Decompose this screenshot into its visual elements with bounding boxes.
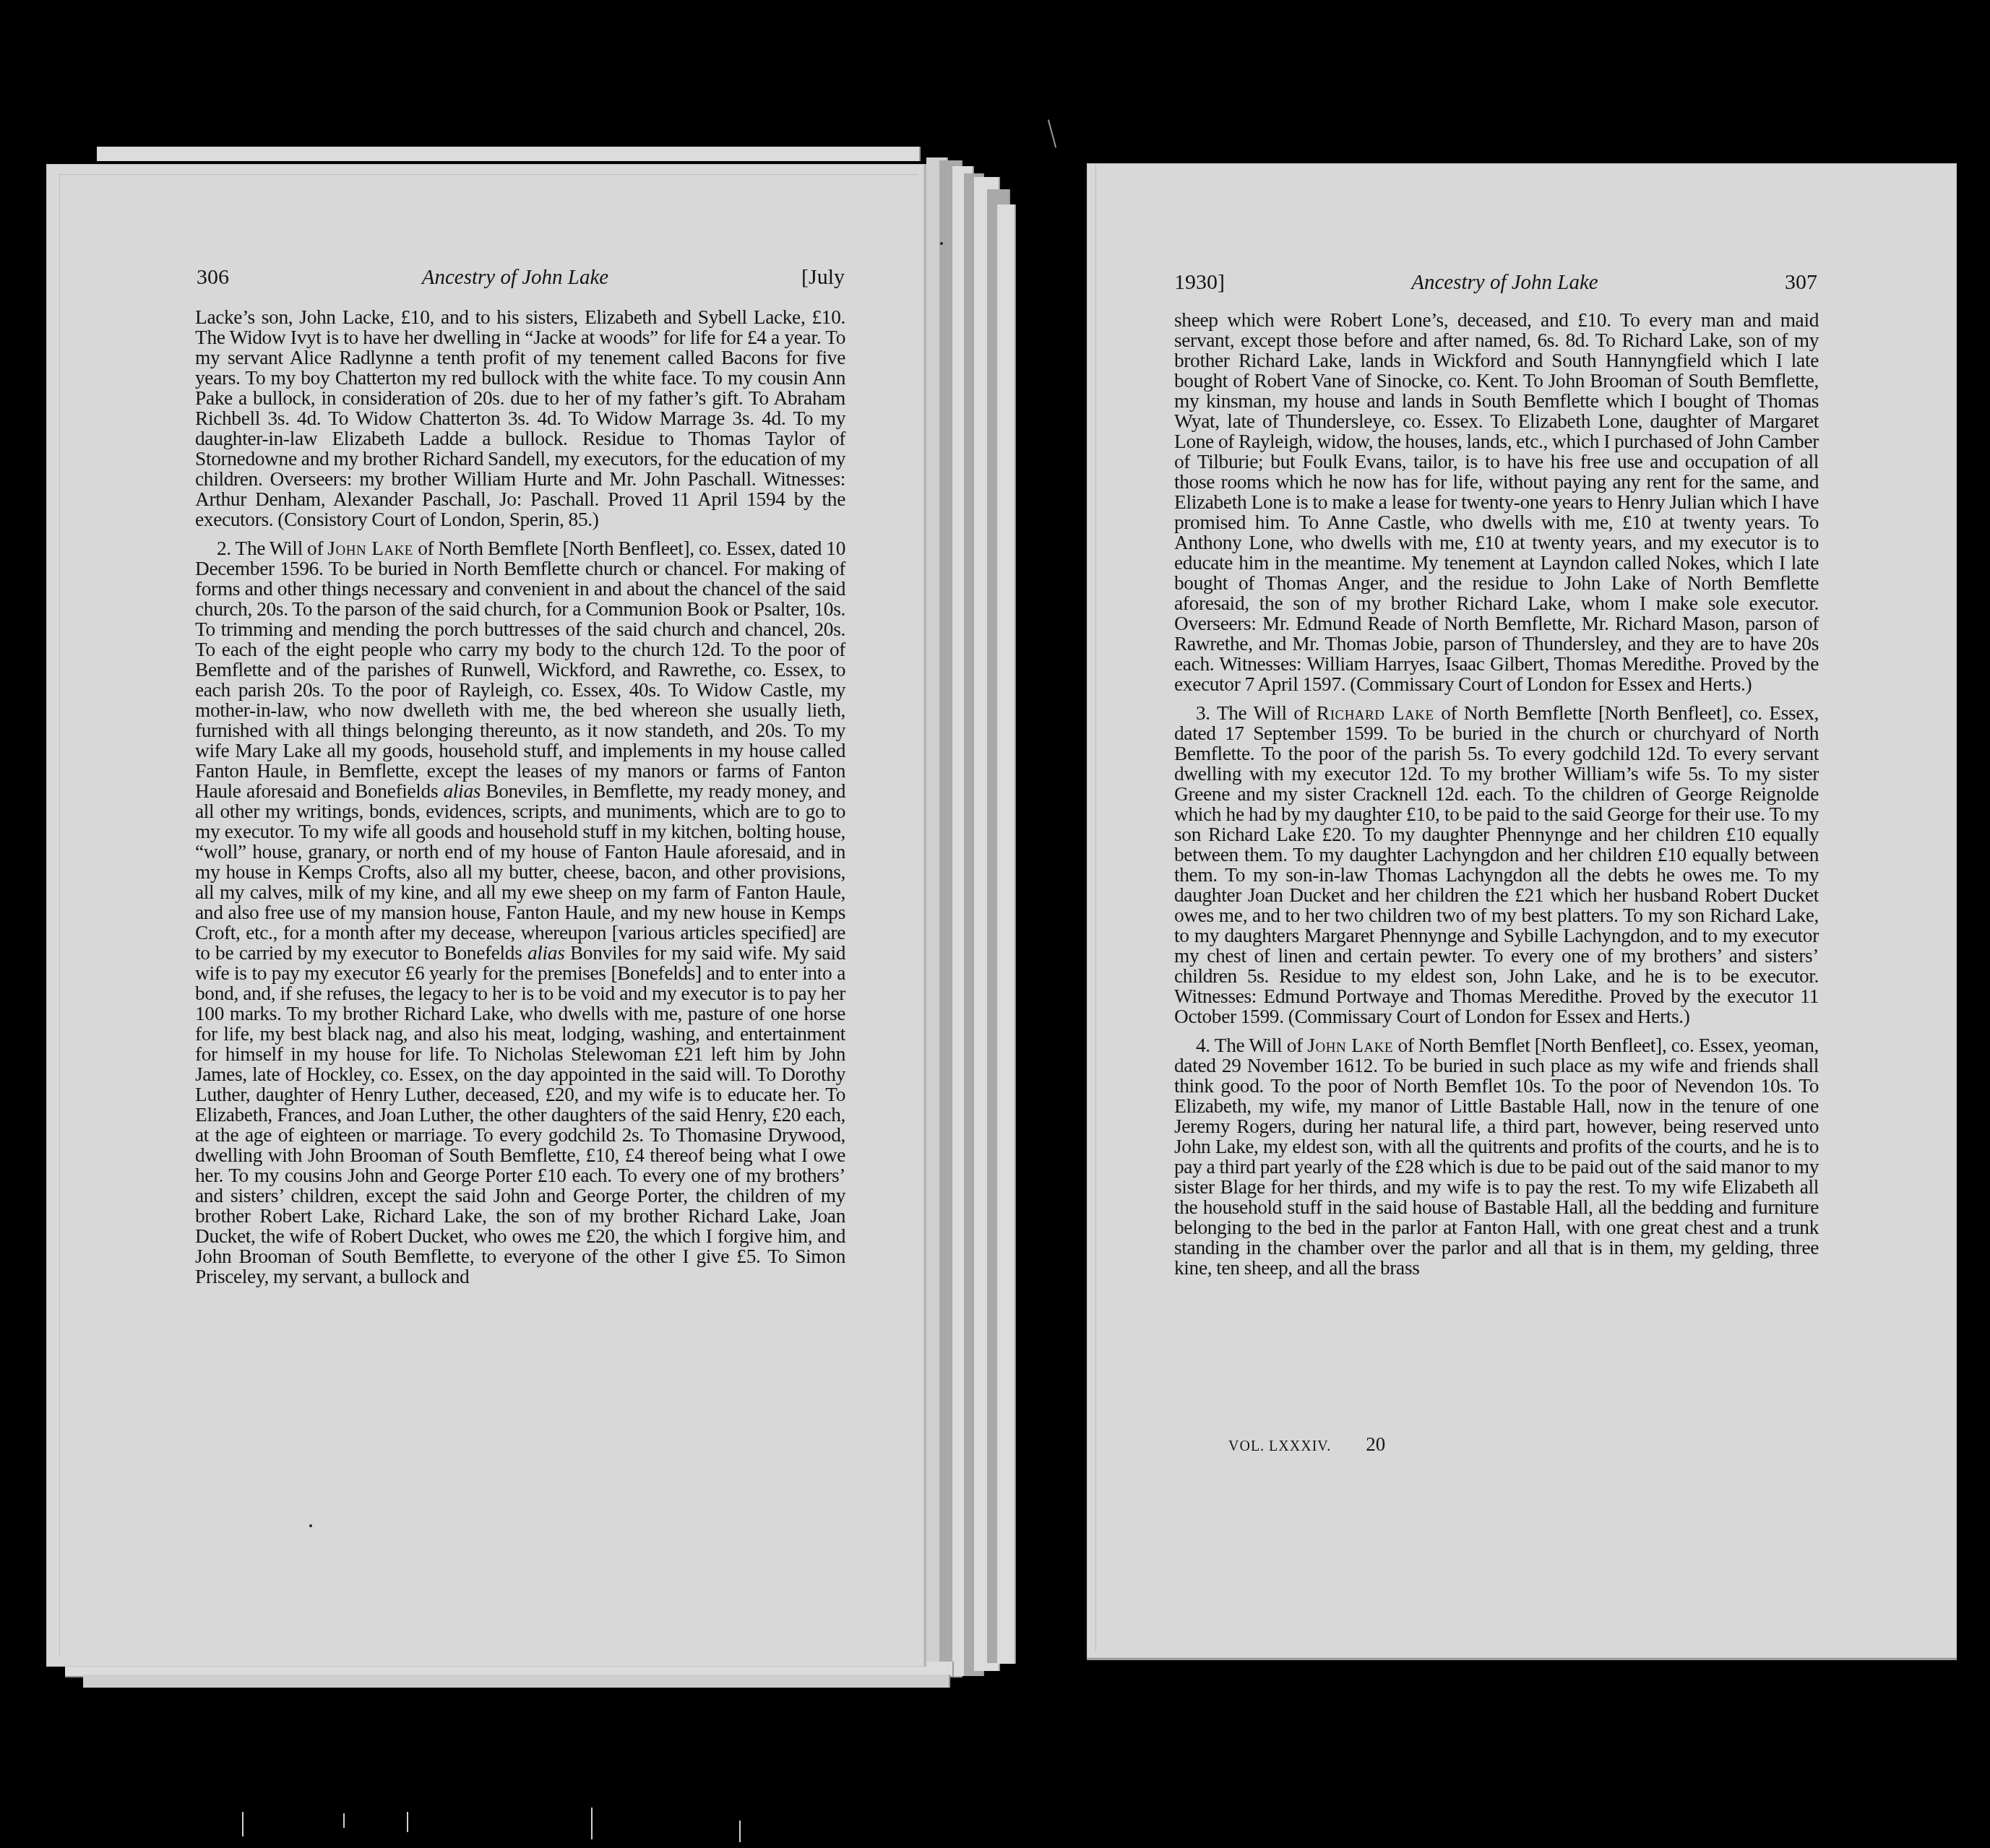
left-page-number: 306 <box>197 265 229 290</box>
paragraph-text: of North Bemflet [North Benfleet], co. E… <box>1174 1035 1819 1279</box>
testator-name: John Lake <box>327 537 413 559</box>
scan-artifact-bottom-1 <box>242 1812 244 1836</box>
paragraph-text: sheep which were Robert Lone’s, deceased… <box>1174 309 1819 695</box>
scan-artifact-bottom-3 <box>407 1812 408 1832</box>
paragraph-text: of North Bemflete [North Benfleet], co. … <box>195 537 845 802</box>
right_page-paragraph: 4. The Will of John Lake of North Bemfle… <box>1174 1035 1819 1278</box>
signature-mark: VOL. LXXXIV. 20 <box>1228 1433 1385 1456</box>
stacked-sheet-bottom-2 <box>83 1675 950 1688</box>
right-page: 1930] Ancestry of John Lake 307 sheep wh… <box>1087 163 1957 1660</box>
stacked-sheet-7 <box>997 204 1016 1664</box>
paragraph-text: 4. The Will of <box>1196 1035 1307 1056</box>
left-body-text: Lacke’s son, John Lacke, £10, and to his… <box>195 307 845 1295</box>
right-page-number: 307 <box>1785 270 1817 295</box>
scan-artifact-top <box>1048 119 1056 147</box>
paper-speck <box>940 242 943 245</box>
volume-label: VOL. LXXXIV. <box>1228 1438 1331 1455</box>
paragraph-text: of North Bemflette [North Benfleet], co.… <box>1174 702 1819 1027</box>
paragraph-text: Lacke’s son, John Lacke, £10, and to his… <box>195 306 845 530</box>
left-running-title: Ancestry of John Lake <box>422 266 609 290</box>
left-running-head: 306 Ancestry of John Lake [July <box>197 265 845 290</box>
right_page-paragraph: sheep which were Robert Lone’s, deceased… <box>1174 310 1819 694</box>
right-running-title: Ancestry of John Lake <box>1411 271 1598 295</box>
stacked-sheet-top-offset <box>97 147 921 161</box>
left_page-paragraph: 2. The Will of John Lake of North Bemfle… <box>195 538 845 1287</box>
right_page-paragraph: 3. The Will of Richard Lake of North Bem… <box>1174 703 1819 1027</box>
left-running-month: [July <box>801 265 845 290</box>
scan-artifact-bottom-4 <box>591 1808 593 1839</box>
left_page-paragraph: Lacke’s son, John Lacke, £10, and to his… <box>195 307 845 530</box>
testator-name: John Lake <box>1307 1035 1393 1056</box>
testator-name: Richard Lake <box>1317 702 1434 724</box>
right-running-head: 1930] Ancestry of John Lake 307 <box>1174 270 1817 295</box>
scan-artifact-bottom-5 <box>739 1821 741 1842</box>
scan-artifact-bottom-2 <box>343 1813 345 1828</box>
paragraph-text: 2. The Will of <box>217 537 327 559</box>
paragraph-text: alias <box>527 942 565 964</box>
right-body-text: sheep which were Robert Lone’s, deceased… <box>1174 310 1819 1287</box>
left-page: 306 Ancestry of John Lake [July Lacke’s … <box>46 164 926 1667</box>
paragraph-text: Bonviles for my said wife. My said wife … <box>195 942 845 1287</box>
paragraph-text: alias <box>444 780 481 802</box>
right-running-year: 1930] <box>1174 270 1225 295</box>
paragraph-text: 3. The Will of <box>1196 702 1317 724</box>
signature-number: 20 <box>1366 1433 1385 1456</box>
paragraph-text: Boneviles, in Bemflette, my ready money,… <box>195 780 845 964</box>
paper-speck <box>309 1524 312 1527</box>
